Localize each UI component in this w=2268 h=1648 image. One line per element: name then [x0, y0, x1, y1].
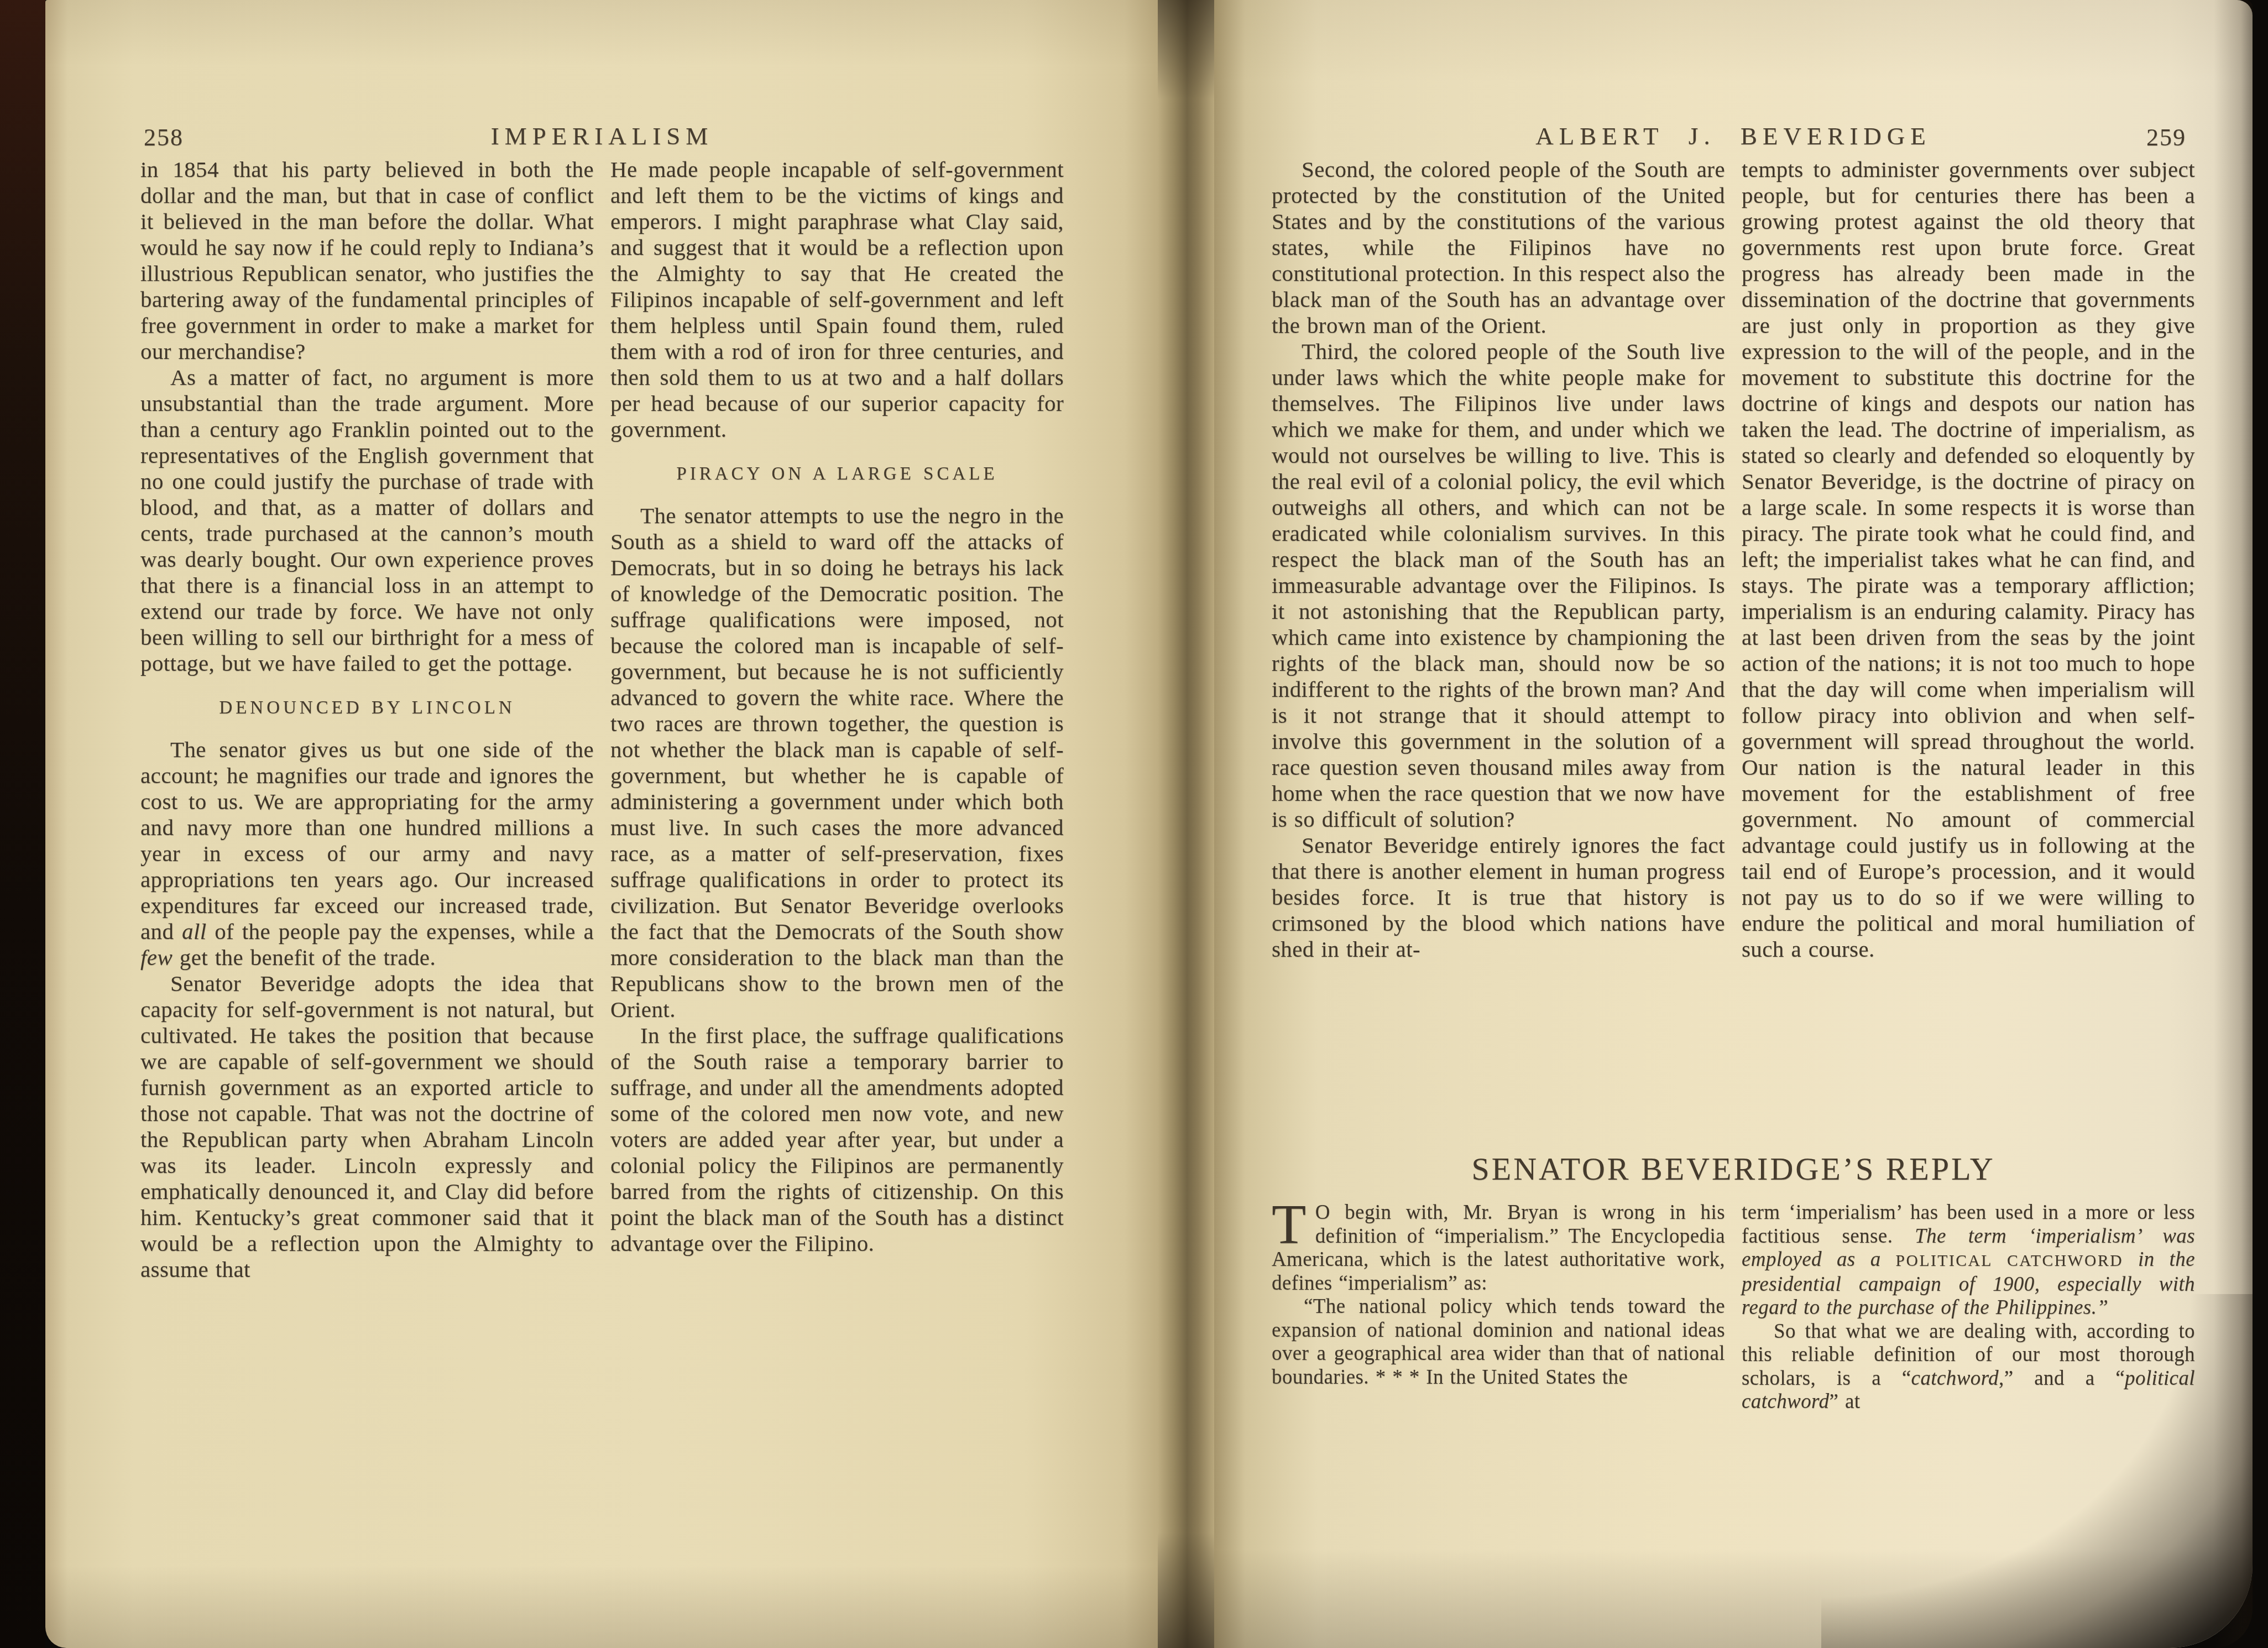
- paragraph: Second, the colored people of the South …: [1272, 157, 1725, 338]
- right-page-number: 259: [2146, 123, 2186, 152]
- paragraph: term ‘imperialism’ has been used in a mo…: [1742, 1201, 2195, 1320]
- text-run: Senator Beveridge entirely ignores the f…: [1272, 832, 1725, 962]
- text-run: As a matter of fact, no argument is more…: [140, 364, 594, 676]
- text-run: ,” and a “: [1999, 1367, 2125, 1390]
- text-run: O begin with, Mr. Bryan is wrong in his …: [1272, 1201, 1725, 1295]
- right-page-column-2: tempts to administer governments over su…: [1742, 157, 2195, 962]
- text-run: all: [182, 919, 206, 944]
- left-running-header: 258 IMPERIALISM: [140, 122, 1064, 157]
- text-run: He made people incapable of self-governm…: [610, 157, 1064, 442]
- text-run: “The national policy which tends toward …: [1272, 1295, 1725, 1389]
- paragraph: TO begin with, Mr. Bryan is wrong in his…: [1272, 1201, 1725, 1295]
- text-run: in 1854 that his party believed in both …: [140, 157, 594, 364]
- book-left-edge: [0, 0, 45, 1648]
- right-page-column-1: Second, the colored people of the South …: [1272, 157, 1725, 962]
- paragraph: The senator attempts to use the negro in…: [610, 503, 1064, 1023]
- paragraph: Third, the colored people of the South l…: [1272, 338, 1725, 832]
- paragraph: in 1854 that his party believed in both …: [140, 157, 594, 364]
- right-page-columns: Second, the colored people of the South …: [1272, 157, 2195, 962]
- page-gutter: [1158, 0, 1214, 1648]
- paragraph: Senator Beveridge entirely ignores the f…: [1272, 832, 1725, 962]
- right-running-header-title: ALBERT J. BEVERIDGE: [1272, 122, 2195, 150]
- text-run: few: [140, 945, 173, 970]
- section-heading: PIRACY ON A LARGE SCALE: [610, 461, 1064, 487]
- reply-column-1: TO begin with, Mr. Bryan is wrong in his…: [1272, 1201, 1725, 1414]
- right-page: ALBERT J. BEVERIDGE 259 Second, the colo…: [1214, 0, 2253, 1648]
- paragraph: He made people incapable of self-governm…: [610, 157, 1064, 442]
- text-run: In the first place, the suffrage qualifi…: [610, 1023, 1064, 1256]
- text-run: ” at: [1829, 1390, 1860, 1413]
- left-page-columns: in 1854 that his party believed in both …: [140, 157, 1064, 1282]
- reply-section-title: SENATOR BEVERIDGE’S REPLY: [1272, 1150, 2195, 1187]
- right-running-header: ALBERT J. BEVERIDGE 259: [1272, 122, 2195, 157]
- text-run: POLITICAL CATCHWORD: [1896, 1252, 2123, 1270]
- text-run: catchword: [1911, 1367, 1999, 1390]
- text-run: Senator Beveridge adopts the idea that c…: [140, 971, 594, 1282]
- paragraph: “The national policy which tends toward …: [1272, 1295, 1725, 1389]
- text-run: of the people pay the expenses, while a: [207, 919, 594, 944]
- text-run: Second, the colored people of the South …: [1272, 157, 1725, 338]
- left-page-number: 258: [144, 123, 184, 152]
- left-running-header-title: IMPERIALISM: [140, 122, 1064, 150]
- text-run: tempts to administer governments over su…: [1742, 157, 2195, 962]
- text-run: The senator attempts to use the negro in…: [610, 503, 1064, 1022]
- paragraph: The senator gives us but one side of the…: [140, 737, 594, 971]
- text-run: The senator gives us but one side of the…: [140, 737, 594, 944]
- reply-column-2: term ‘imperialism’ has been used in a mo…: [1742, 1201, 2195, 1414]
- left-page-column-2: He made people incapable of self-governm…: [610, 157, 1064, 1282]
- left-page: 258 IMPERIALISM in 1854 that his party b…: [45, 0, 1158, 1648]
- text-run: get the benefit of the trade.: [173, 945, 436, 970]
- section-heading: DENOUNCED BY LINCOLN: [140, 695, 594, 721]
- paragraph: Senator Beveridge adopts the idea that c…: [140, 971, 594, 1282]
- paragraph: tempts to administer governments over su…: [1742, 157, 2195, 962]
- left-page-column-1: in 1854 that his party believed in both …: [140, 157, 594, 1282]
- text-run: Third, the colored people of the South l…: [1272, 338, 1725, 832]
- paragraph: As a matter of fact, no argument is more…: [140, 364, 594, 676]
- reply-section-columns: TO begin with, Mr. Bryan is wrong in his…: [1272, 1201, 2195, 1414]
- paragraph: In the first place, the suffrage qualifi…: [610, 1023, 1064, 1256]
- paragraph: So that what we are dealing with, accord…: [1742, 1320, 2195, 1414]
- drop-cap: T: [1272, 1201, 1315, 1247]
